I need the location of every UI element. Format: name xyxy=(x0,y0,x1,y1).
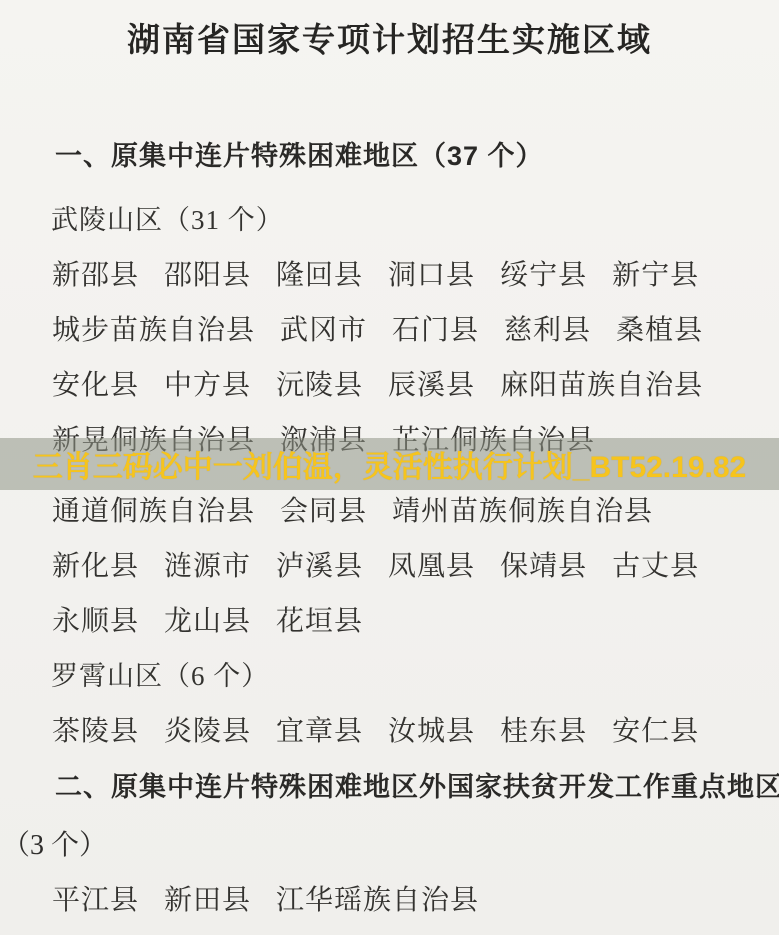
county-name: 宜章县 xyxy=(276,714,363,749)
county-name: 城步苗族自治县 xyxy=(52,313,255,348)
subsection-label: 武陵山区（31 个） xyxy=(51,203,779,238)
county-name: 通道侗族自治县 xyxy=(52,494,255,529)
county-name: 古丈县 xyxy=(612,549,699,584)
county-name: 保靖县 xyxy=(500,549,587,584)
county-name: 邵阳县 xyxy=(164,258,251,293)
county-row: 新化县涟源市泸溪县凤凰县保靖县古丈县 xyxy=(52,549,779,584)
county-name: 凤凰县 xyxy=(388,549,475,584)
county-name: 桑植县 xyxy=(616,313,703,348)
county-name: 武冈市 xyxy=(280,313,367,348)
document-page: 湖南省国家专项计划招生实施区域 一、原集中连片特殊困难地区（37 个）武陵山区（… xyxy=(0,0,779,935)
county-name: 隆回县 xyxy=(276,258,363,293)
county-name: 桂东县 xyxy=(500,714,587,749)
county-name: 江华瑶族自治县 xyxy=(276,883,479,918)
county-name: 绥宁县 xyxy=(500,258,587,293)
county-name: 茶陵县 xyxy=(52,714,139,749)
county-name: 花垣县 xyxy=(276,604,363,639)
county-name: 龙山县 xyxy=(164,604,251,639)
county-row: 平江县新田县江华瑶族自治县 xyxy=(52,883,779,918)
page-title: 湖南省国家专项计划招生实施区域 xyxy=(0,0,779,60)
county-name: 平江县 xyxy=(52,883,139,918)
county-row: 安化县中方县沅陵县辰溪县麻阳苗族自治县 xyxy=(52,368,779,403)
county-name: 新邵县 xyxy=(52,258,139,293)
county-name: 泸溪县 xyxy=(276,549,363,584)
county-name: 安仁县 xyxy=(612,714,699,749)
county-row: 茶陵县炎陵县宜章县汝城县桂东县安仁县 xyxy=(52,714,779,749)
watermark-text: 三肖三码必中一刘伯温，灵活性执行计划_BT52.19.82 xyxy=(33,442,746,486)
county-row: 通道侗族自治县会同县靖州苗族侗族自治县 xyxy=(52,494,779,529)
county-name: 汝城县 xyxy=(388,714,475,749)
county-name: 洞口县 xyxy=(388,258,475,293)
county-row: 城步苗族自治县武冈市石门县慈利县桑植县 xyxy=(52,313,779,348)
county-name: 麻阳苗族自治县 xyxy=(500,368,703,403)
county-name: 炎陵县 xyxy=(164,714,251,749)
county-name: 新宁县 xyxy=(612,258,699,293)
county-name: 涟源市 xyxy=(164,549,251,584)
section-heading: 二、原集中连片特殊困难地区外国家扶贫开发工作重点地区 xyxy=(55,770,779,805)
section-heading: 一、原集中连片特殊困难地区（37 个） xyxy=(55,139,779,174)
county-name: 靖州苗族侗族自治县 xyxy=(392,494,653,529)
county-name: 沅陵县 xyxy=(276,368,363,403)
county-name: 中方县 xyxy=(164,368,251,403)
county-row: 新邵县邵阳县隆回县洞口县绥宁县新宁县 xyxy=(52,258,779,293)
county-name: 慈利县 xyxy=(504,313,591,348)
county-name: 石门县 xyxy=(392,313,479,348)
watermark-banner: 三肖三码必中一刘伯温，灵活性执行计划_BT52.19.82 xyxy=(0,438,779,490)
county-row: 永顺县龙山县花垣县 xyxy=(52,604,779,639)
section-heading-wrap: （3 个） xyxy=(2,828,779,863)
county-name: 辰溪县 xyxy=(388,368,475,403)
county-name: 新田县 xyxy=(164,883,251,918)
county-name: 会同县 xyxy=(280,494,367,529)
county-name: 新化县 xyxy=(52,549,139,584)
county-name: 安化县 xyxy=(52,368,139,403)
subsection-label: 罗霄山区（6 个） xyxy=(51,659,779,694)
document-body: 一、原集中连片特殊困难地区（37 个）武陵山区（31 个）新邵县邵阳县隆回县洞口… xyxy=(0,139,779,918)
county-name: 永顺县 xyxy=(52,604,139,639)
